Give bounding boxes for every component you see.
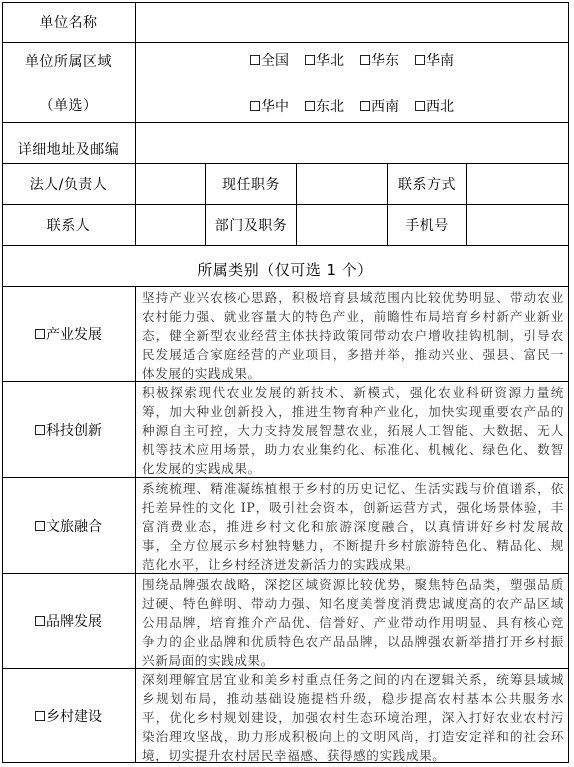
region-option-huazhong[interactable]: 华中 <box>250 96 289 116</box>
category-description-culture-tourism: 系统梳理、精准凝练植根于乡村的历史记忆、生活实践与价值谱系，依托差异性的文化 I… <box>136 478 569 574</box>
checkbox-icon[interactable] <box>415 55 425 65</box>
legal-person-field[interactable] <box>136 164 206 205</box>
checkbox-icon[interactable] <box>35 329 45 339</box>
checkbox-icon[interactable] <box>35 521 45 531</box>
region-option-xibei[interactable]: 西北 <box>415 96 454 116</box>
checkbox-icon[interactable] <box>35 616 45 626</box>
category-label: 科技创新 <box>46 420 102 440</box>
category-label: 产业发展 <box>46 324 102 344</box>
category-description-industry: 坚持产业兴农核心思路，积极培育县域范围内比较优势明显、带动农业农村能力强、就业容… <box>136 287 569 382</box>
region-options-cell: 全国 华北 华东 华南 华中 东北 西南 西北 <box>136 43 569 123</box>
category-option-rural-construction[interactable]: 乡村建设 <box>2 669 136 763</box>
category-label: 品牌发展 <box>46 611 102 631</box>
category-description-rural-construction: 深刻理解宜居宜业和美乡村重点任务之间的内在逻辑关系，统筹县域城乡规划布局，推动基… <box>136 669 569 763</box>
contact-method-field[interactable] <box>467 164 569 205</box>
address-label: 详细地址及邮编 <box>2 123 136 164</box>
region-option-quanguo[interactable]: 全国 <box>250 50 289 70</box>
region-options-row-1: 全国 华北 华东 华南 <box>250 50 454 70</box>
region-options: 全国 华北 华东 华南 华中 东北 西南 西北 <box>250 50 454 116</box>
region-sublabel: （单选） <box>40 95 98 115</box>
checkbox-icon[interactable] <box>360 55 370 65</box>
category-label: 乡村建设 <box>46 706 102 726</box>
contact-method-label: 联系方式 <box>388 164 467 205</box>
checkbox-icon[interactable] <box>35 711 45 721</box>
category-option-technology[interactable]: 科技创新 <box>2 382 136 478</box>
checkbox-icon[interactable] <box>250 101 260 111</box>
address-field[interactable] <box>136 123 569 164</box>
checkbox-icon[interactable] <box>415 101 425 111</box>
region-option-label: 华南 <box>426 50 454 70</box>
region-option-label: 全国 <box>261 50 289 70</box>
mobile-label: 手机号 <box>388 205 467 246</box>
region-option-label: 东北 <box>316 96 344 116</box>
region-option-label: 华东 <box>371 50 399 70</box>
legal-person-label: 法人/负责人 <box>2 164 136 205</box>
current-position-label: 现任职务 <box>206 164 297 205</box>
category-option-industry[interactable]: 产业发展 <box>2 287 136 382</box>
region-label-cell: 单位所属区域 （单选） <box>2 43 136 123</box>
category-header: 所属类别（仅可选 1 个） <box>2 246 569 287</box>
application-form-table: 单位名称 单位所属区域 （单选） 全国 华北 华东 华南 华中 东北 西南 西北… <box>2 2 569 763</box>
unit-name-field[interactable] <box>136 2 569 43</box>
region-option-label: 西南 <box>371 96 399 116</box>
contact-person-field[interactable] <box>136 205 206 246</box>
category-option-brand[interactable]: 品牌发展 <box>2 574 136 669</box>
region-label: 单位所属区域 <box>25 51 112 71</box>
region-option-xinan[interactable]: 西南 <box>360 96 399 116</box>
mobile-field[interactable] <box>467 205 569 246</box>
region-option-huadong[interactable]: 华东 <box>360 50 399 70</box>
region-option-huabei[interactable]: 华北 <box>305 50 344 70</box>
dept-position-field[interactable] <box>297 205 388 246</box>
region-options-row-2: 华中 东北 西南 西北 <box>250 96 454 116</box>
region-option-dongbei[interactable]: 东北 <box>305 96 344 116</box>
category-description-technology: 积极探索现代农业发展的新技术、新模式，强化农业科研资源力量统筹，加大种业创新投入… <box>136 382 569 478</box>
category-description-brand: 围绕品牌强农战略，深挖区域资源比较优势，聚焦特色品类，塑强品质过硬、特色鲜明、带… <box>136 574 569 669</box>
region-option-huanan[interactable]: 华南 <box>415 50 454 70</box>
region-option-label: 华中 <box>261 96 289 116</box>
current-position-field[interactable] <box>297 164 388 205</box>
checkbox-icon[interactable] <box>305 55 315 65</box>
dept-position-label: 部门及职务 <box>206 205 297 246</box>
region-option-label: 华北 <box>316 50 344 70</box>
checkbox-icon[interactable] <box>305 101 315 111</box>
unit-name-label: 单位名称 <box>2 2 136 43</box>
checkbox-icon[interactable] <box>250 55 260 65</box>
contact-person-label: 联系人 <box>2 205 136 246</box>
category-option-culture-tourism[interactable]: 文旅融合 <box>2 478 136 574</box>
category-label: 文旅融合 <box>46 516 102 536</box>
checkbox-icon[interactable] <box>360 101 370 111</box>
checkbox-icon[interactable] <box>35 425 45 435</box>
region-option-label: 西北 <box>426 96 454 116</box>
